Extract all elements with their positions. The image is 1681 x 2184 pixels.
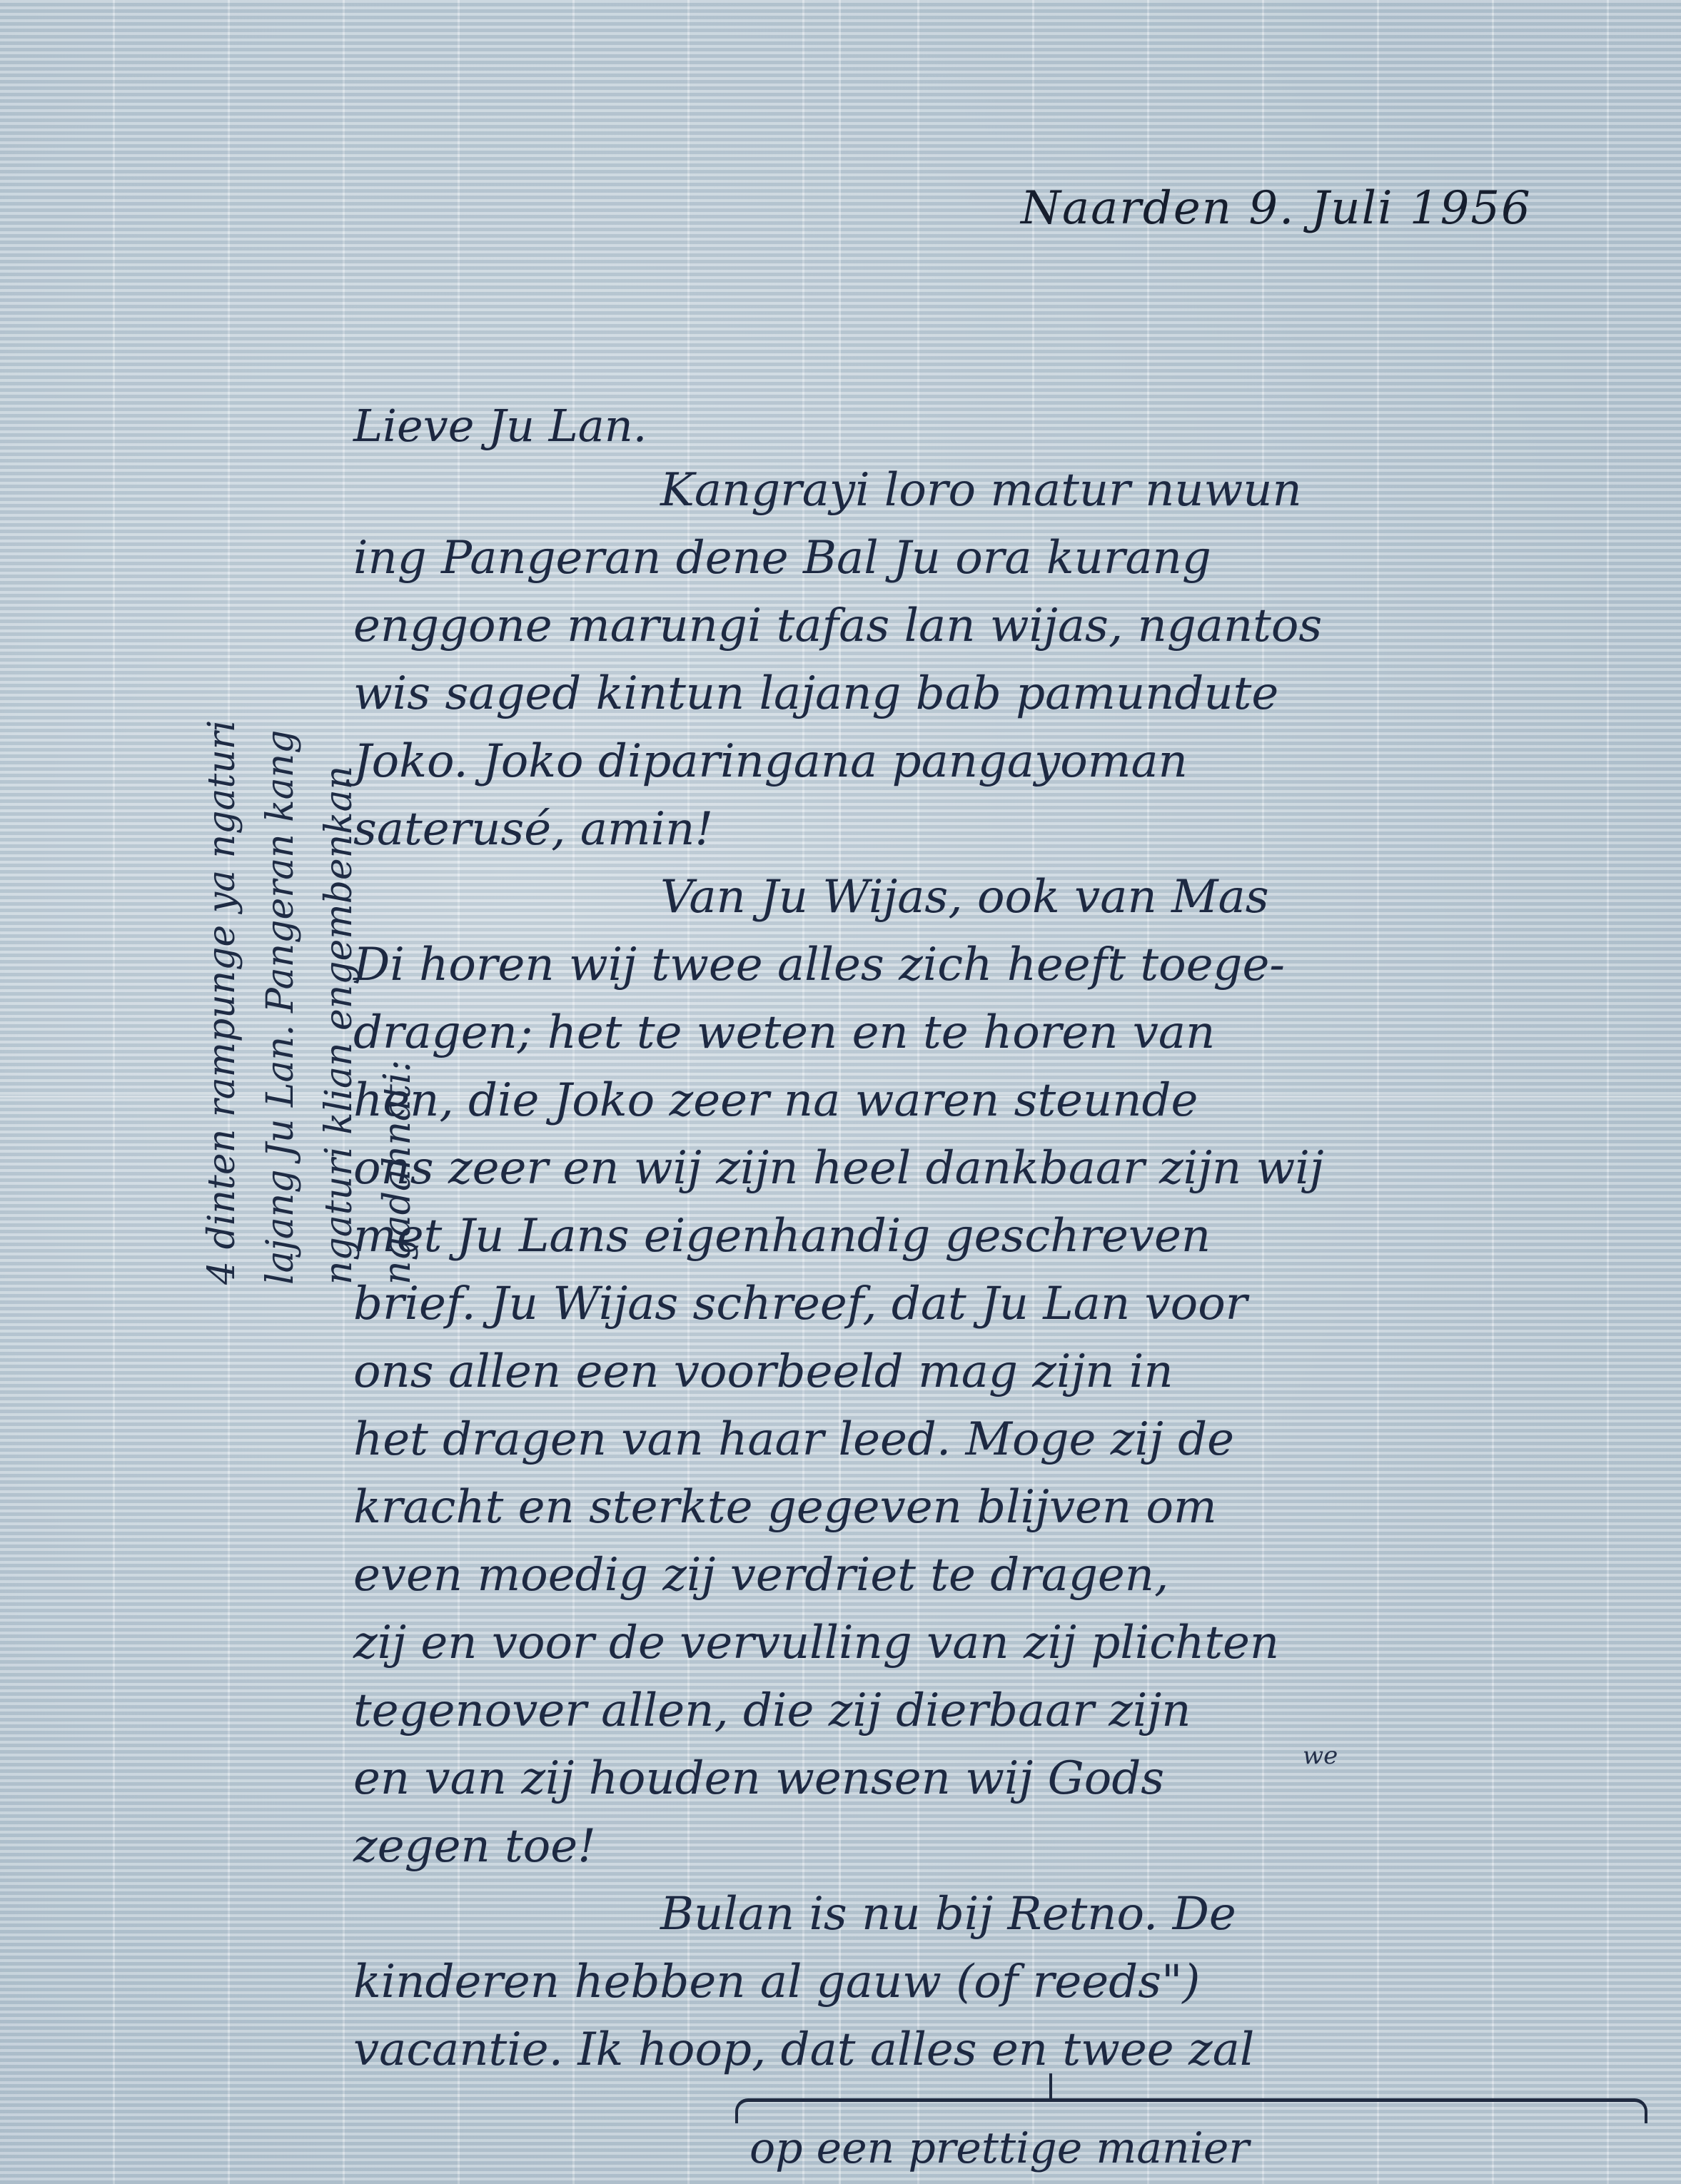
body-line: Van Ju Wijas, ook van Mas [353,864,1667,931]
body-line: even moedig zij verdriet te dragen, [353,1542,1667,1609]
margin-note: 4 dinten rampunge ya ngaturi lajang Ju L… [193,250,427,1285]
margin-note-line: ngadahnati: [368,250,427,1285]
dateline: Naarden 9. Juli 1956 [1021,182,1532,235]
body-line: tegenover allen, die zij dierbaar zijn [353,1677,1667,1745]
body-line: ons allen een voorbeeld mag zijn in [353,1338,1667,1406]
body-line: ons zeer en wij zijn heel dankbaar zijn … [353,1135,1667,1203]
margin-note-line: ngaturi klian engembenkan [310,250,368,1285]
continuation-text: op een prettige manier [749,2123,1249,2173]
interlinear-insert: we [1303,1741,1338,1770]
body-line: met Ju Lans eigenhandig geschreven [353,1203,1667,1270]
body-line: wis saged kintun lajang bab pamundute [353,660,1667,728]
letter-body: Kangrayi loro matur nuwun ing Pangeran d… [353,457,1667,2084]
body-line: dragen; het te weten en te horen van [353,999,1667,1067]
insertion-brace-tip [1049,2073,1052,2100]
body-line: en van zij houden wensen wij Gods [353,1745,1667,1813]
body-line: brief. Ju Wijas schreef, dat Ju Lan voor [353,1270,1667,1338]
body-line: kinderen hebben al gauw (of reeds") [353,1948,1667,2016]
body-line: hen, die Joko zeer na waren steunde [353,1067,1667,1135]
body-line: Kangrayi loro matur nuwun [353,457,1667,525]
body-line: enggone marungi tafas lan wijas, ngantos [353,592,1667,660]
letter-page: Naarden 9. Juli 1956 Lieve Ju Lan. Kangr… [0,0,1681,2184]
body-line: Bulan is nu bij Retno. De [353,1881,1667,1948]
body-line: Di horen wij twee alles zich heeft toege… [353,931,1667,999]
margin-note-line: lajang Ju Lan. Pangeran kang [251,250,310,1285]
body-line: kracht en sterkte gegeven blijven om [353,1474,1667,1542]
body-line: vacantie. Ik hoop, dat alles en twee zal [353,2016,1667,2084]
body-line: het dragen van haar leed. Moge zij de [353,1406,1667,1474]
body-line: zegen toe! [353,1813,1667,1881]
body-line: ing Pangeran dene Bal Ju ora kurang [353,525,1667,592]
body-line: saterusé, amin! [353,796,1667,864]
body-line: zij en voor de vervulling van zij plicht… [353,1609,1667,1677]
insertion-brace [735,2098,1647,2123]
body-line: Joko. Joko diparingana pangayoman [353,728,1667,796]
margin-note-line: 4 dinten rampunge ya ngaturi [193,250,251,1285]
